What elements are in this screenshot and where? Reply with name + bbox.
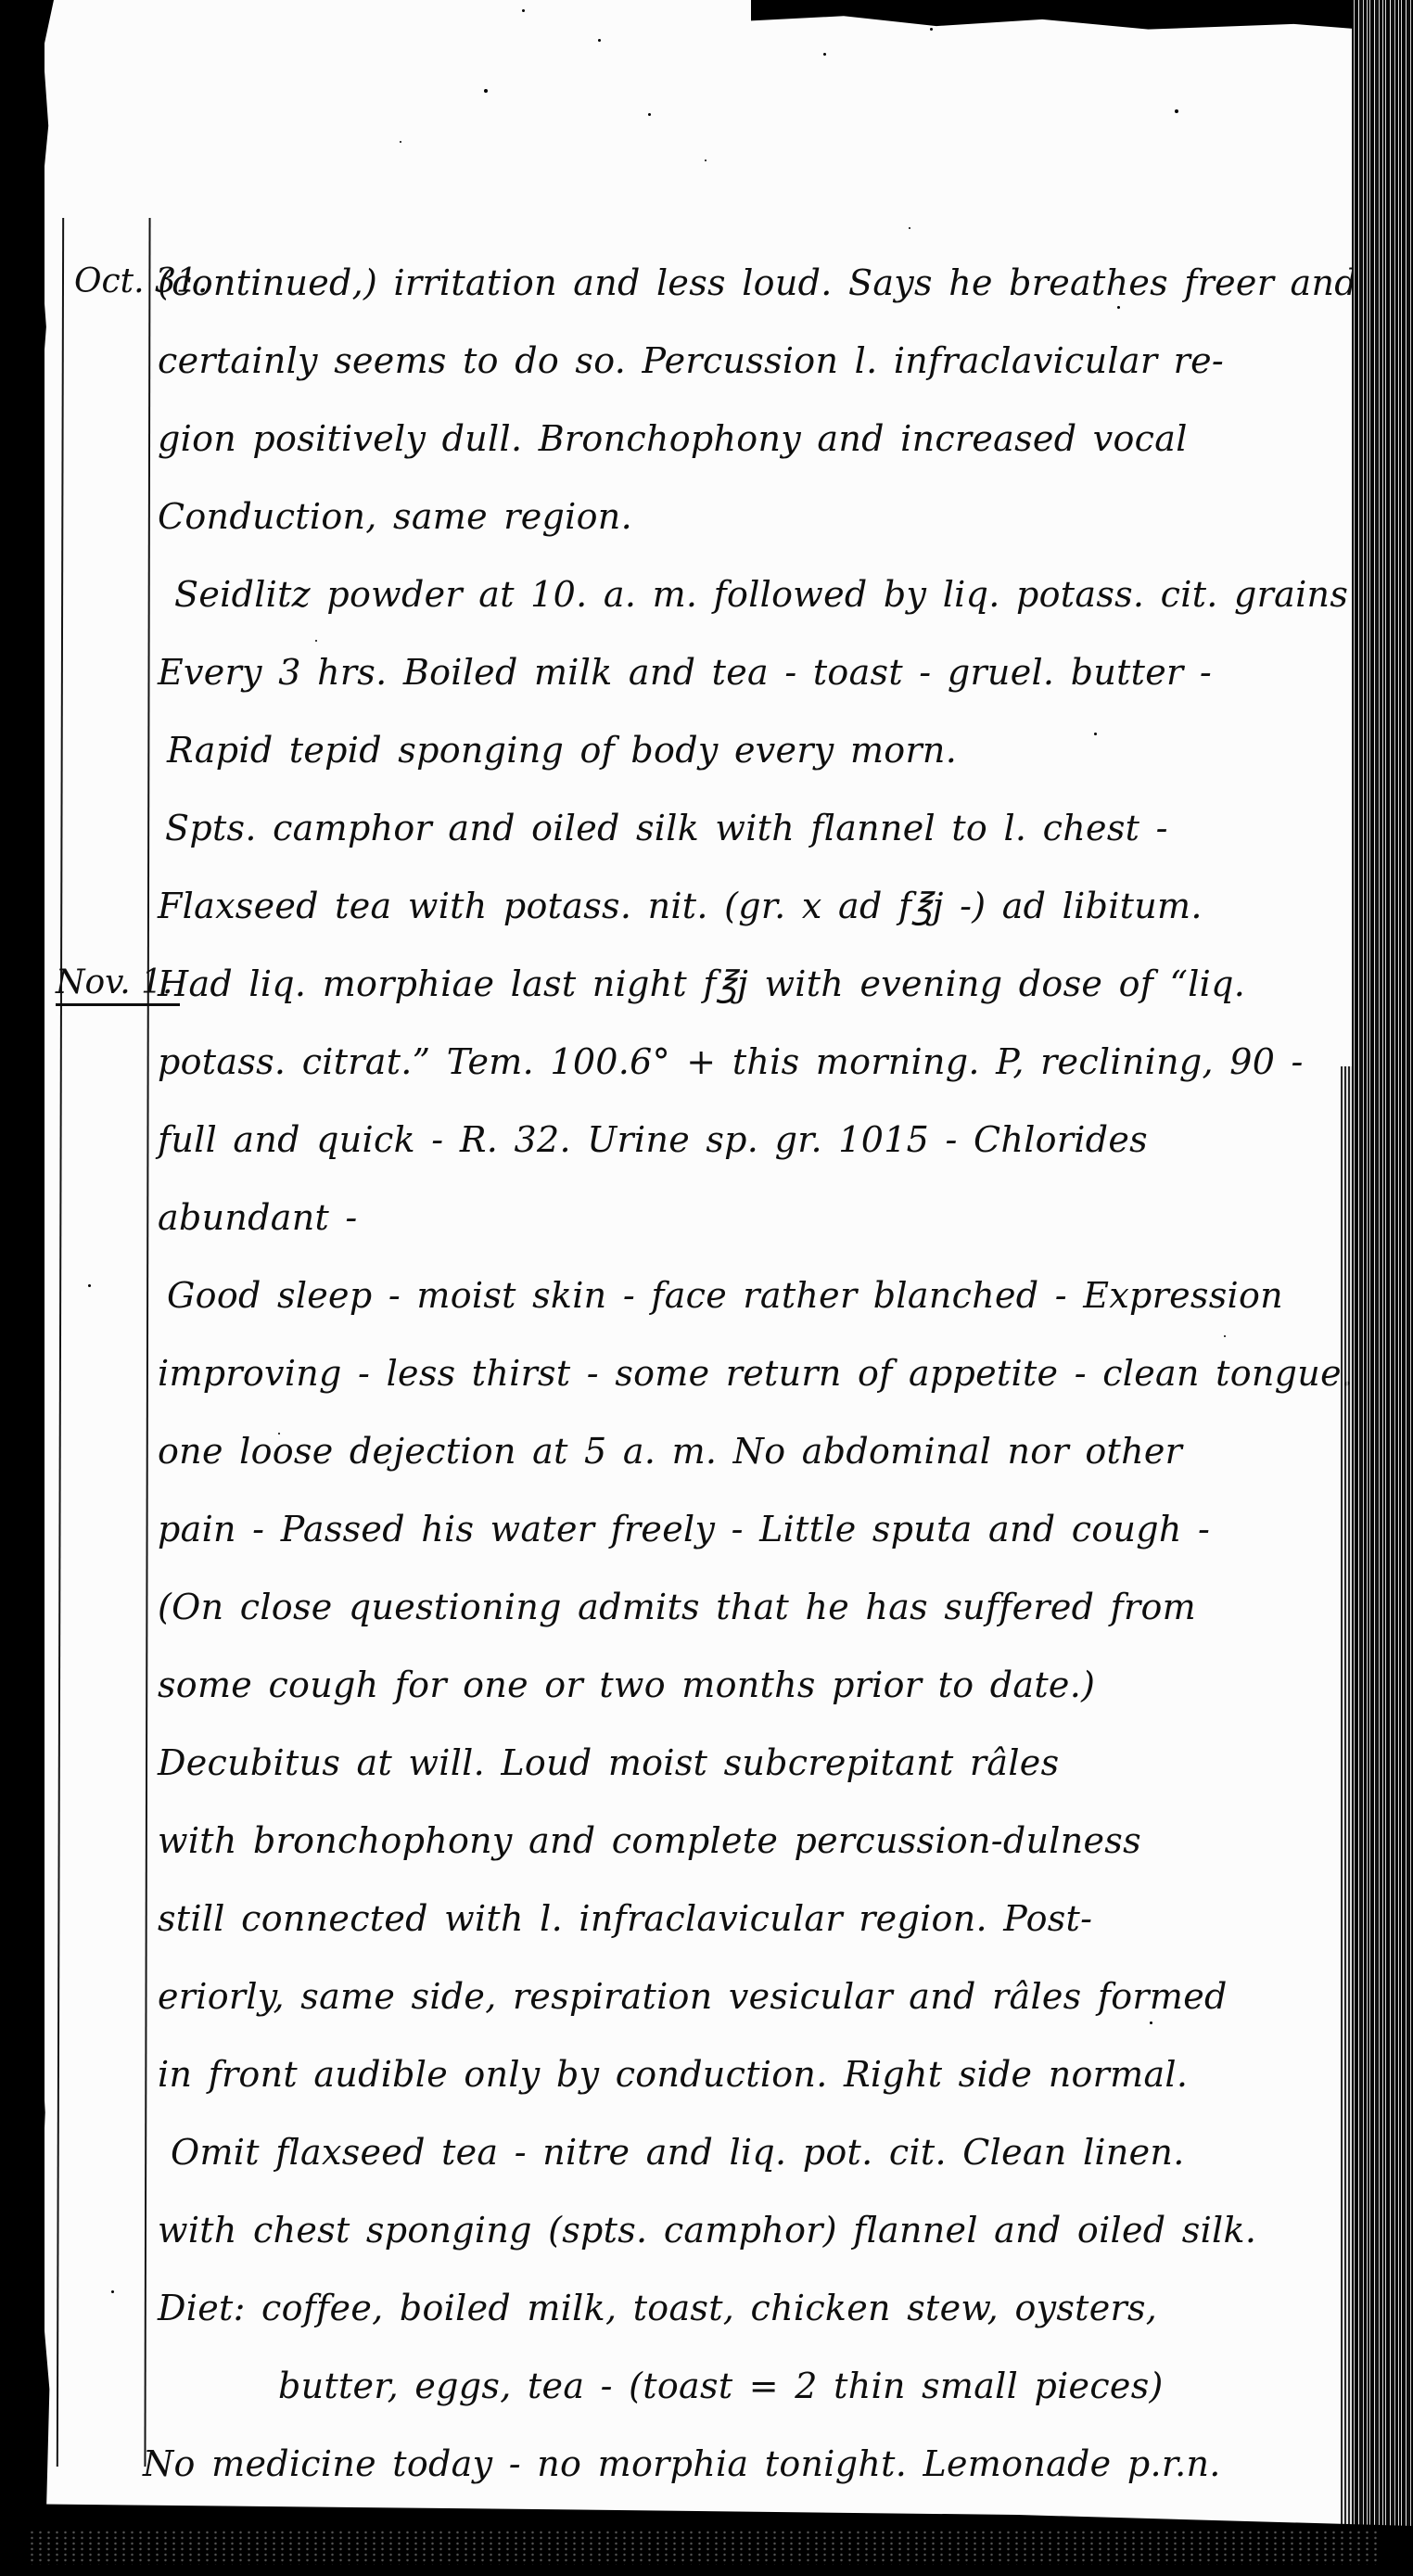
manuscript-line: Decubitus at will. Loud moist subcrepita… [158, 1724, 1059, 1802]
manuscript-line: some cough for one or two months prior t… [158, 1646, 1095, 1724]
ink-dot [88, 1284, 91, 1287]
manuscript-line: Spts. camphor and oiled silk with flanne… [165, 789, 1168, 867]
manuscript-line: Conduction, same region. [158, 478, 632, 555]
ink-dot [176, 2465, 179, 2468]
manuscript-line: Omit flaxseed tea - nitre and liq. pot. … [171, 2113, 1185, 2191]
ink-dot [315, 640, 317, 642]
manuscript-line: certainly seems to do so. Percussion l. … [158, 322, 1224, 400]
manuscript-line: one loose dejection at 5 a. m. No abdomi… [158, 1412, 1182, 1490]
manuscript-line: butter, eggs, tea - (toast = 2 thin smal… [278, 2347, 1164, 2425]
manuscript-line: gion positively dull. Bronchophony and i… [158, 400, 1188, 478]
ink-dot [484, 89, 488, 93]
ink-dot [522, 9, 525, 12]
book-page-edges [1352, 0, 1413, 2576]
manuscript-line: No medicine today - no morphia tonight. … [143, 2425, 1221, 2503]
manuscript-line: still connected with l. infraclavicular … [158, 1880, 1092, 1958]
ink-dot [1117, 306, 1120, 309]
manuscript-line: in front audible only by conduction. Rig… [158, 2035, 1188, 2113]
manuscript-line: Had liq. morphiae last night f℥j with ev… [158, 945, 1245, 1023]
ink-dot [705, 159, 706, 161]
manuscript-line: eriorly, same side, respiration vesicula… [158, 1958, 1228, 2035]
manuscript-line: with chest sponging (spts. camphor) flan… [158, 2191, 1256, 2269]
manuscript-line: Good sleep - moist skin - face rather bl… [167, 1256, 1283, 1334]
scan-noise-bottom [28, 2530, 1381, 2565]
manuscript-line: with bronchophony and complete percussio… [158, 1802, 1141, 1880]
manuscript-line: (continued,) irritation and less loud. S… [158, 244, 1357, 322]
manuscript-line: improving - less thirst - some return of… [158, 1334, 1353, 1412]
ink-dot [1150, 2021, 1152, 2024]
ink-dot [598, 39, 601, 42]
scanned-manuscript-page: Oct. 31.Nov. 1. (continued,) irritation … [0, 0, 1413, 2576]
manuscript-line: abundant - [158, 1179, 358, 1256]
manuscript-line: (On close questioning admits that he has… [158, 1568, 1196, 1646]
manuscript-line: Flaxseed tea with potass. nit. (gr. x ad… [158, 867, 1203, 945]
ink-dot [909, 227, 910, 229]
manuscript-line: pain - Passed his water freely - Little … [158, 1490, 1210, 1568]
ink-dot [278, 1433, 280, 1435]
manuscript-line: potass. citrat.” Tem. 100.6° + this morn… [158, 1023, 1304, 1101]
ink-dot [823, 53, 826, 56]
manuscript-line: Rapid tepid sponging of body every morn. [167, 711, 957, 789]
ink-dot [1094, 733, 1097, 735]
ink-dot [1175, 109, 1178, 113]
ink-dot [111, 2290, 114, 2293]
manuscript-line: Diet: coffee, boiled milk, toast, chicke… [158, 2269, 1157, 2347]
manuscript-line: Every 3 hrs. Boiled milk and tea - toast… [158, 633, 1212, 711]
ink-dot [648, 113, 651, 116]
manuscript-line: full and quick - R. 32. Urine sp. gr. 10… [158, 1101, 1148, 1179]
ink-dot [1224, 1335, 1226, 1337]
ink-dot [400, 141, 401, 143]
manuscript-line: Seidlitz powder at 10. a. m. followed by… [174, 555, 1348, 633]
ink-dot [930, 28, 933, 31]
